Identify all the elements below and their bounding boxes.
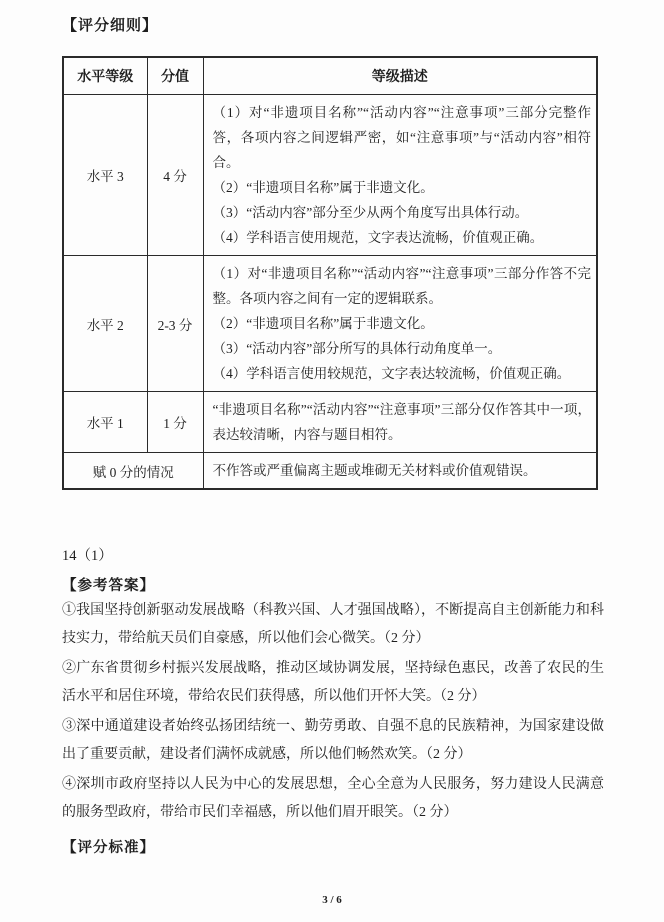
table-row-zero-score: 赋 0 分的情况 不作答或严重偏离主题或堆砌无关材料或价值观错误。 bbox=[63, 453, 597, 490]
table-row-level3: 水平 3 4 分 （1）对“非遗项目名称”“活动内容”“注意事项”三部分完整作答… bbox=[63, 95, 597, 256]
level-cell: 水平 2 bbox=[63, 256, 147, 392]
answer-item-1: ①我国坚持创新驱动发展战略（科教兴国、人才强国战略），不断提高自主创新能力和科技… bbox=[62, 597, 604, 653]
description-item: 不作答或严重偏离主题或堆砌无关材料或价值观错误。 bbox=[213, 458, 592, 483]
col-header-score: 分值 bbox=[147, 57, 203, 95]
level-cell: 水平 1 bbox=[63, 392, 147, 453]
page-number: 3 / 6 bbox=[0, 894, 664, 906]
scoring-standard-title: 【评分标准】 bbox=[62, 836, 604, 857]
table-header-row: 水平等级 分值 等级描述 bbox=[63, 57, 597, 95]
description-item: （3）“活动内容”部分至少从两个角度写出具体行动。 bbox=[213, 200, 592, 225]
description-item: （4）学科语言使用规范，文字表达流畅，价值观正确。 bbox=[213, 225, 592, 250]
answer-item-4: ④深圳市政府坚持以人民为中心的发展思想，全心全意为人民服务，努力建设人民满意的服… bbox=[62, 771, 604, 827]
document-page: 【评分细则】 水平等级 分值 等级描述 水平 3 4 分 （1）对“非遗项目名称… bbox=[0, 0, 664, 922]
answer-item-3: ③深中通道建设者始终弘扬团结统一、勤劳勇敢、自强不息的民族精神，为国家建设做出了… bbox=[62, 713, 604, 769]
table-row-level1: 水平 1 1 分 “非遗项目名称”“活动内容”“注意事项”三部分仅作答其中一项，… bbox=[63, 392, 597, 453]
question-label: 14（1） bbox=[62, 544, 604, 565]
answer-section-title: 【参考答案】 bbox=[62, 574, 604, 595]
level-cell: 赋 0 分的情况 bbox=[63, 453, 203, 490]
score-cell: 1 分 bbox=[147, 392, 203, 453]
score-cell: 2-3 分 bbox=[147, 256, 203, 392]
description-cell: （1）对“非遗项目名称”“活动内容”“注意事项”三部分完整作答，各项内容之间逻辑… bbox=[203, 95, 597, 256]
description-cell: （1）对“非遗项目名称”“活动内容”“注意事项”三部分作答不完整。各项内容之间有… bbox=[203, 256, 597, 392]
rubric-table: 水平等级 分值 等级描述 水平 3 4 分 （1）对“非遗项目名称”“活动内容”… bbox=[62, 56, 598, 490]
level-cell: 水平 3 bbox=[63, 95, 147, 256]
description-cell: “非遗项目名称”“活动内容”“注意事项”三部分仅作答其中一项，表达较清晰，内容与… bbox=[203, 392, 597, 453]
answer-item-2: ②广东省贯彻乡村振兴发展战略，推动区域协调发展，坚持绿色惠民，改善了农民的生活水… bbox=[62, 655, 604, 711]
description-item: （4）学科语言使用较规范，文字表达较流畅，价值观正确。 bbox=[213, 361, 592, 386]
description-item: （2）“非遗项目名称”属于非遗文化。 bbox=[213, 311, 592, 336]
section-title-scoring-details: 【评分细则】 bbox=[62, 14, 604, 35]
table-row-level2: 水平 2 2-3 分 （1）对“非遗项目名称”“活动内容”“注意事项”三部分作答… bbox=[63, 256, 597, 392]
description-item: （3）“活动内容”部分所写的具体行动角度单一。 bbox=[213, 336, 592, 361]
col-header-level: 水平等级 bbox=[63, 57, 147, 95]
description-item: （1）对“非遗项目名称”“活动内容”“注意事项”三部分完整作答，各项内容之间逻辑… bbox=[213, 100, 592, 175]
description-cell: 不作答或严重偏离主题或堆砌无关材料或价值观错误。 bbox=[203, 453, 597, 490]
description-item: “非遗项目名称”“活动内容”“注意事项”三部分仅作答其中一项，表达较清晰，内容与… bbox=[213, 397, 592, 447]
col-header-description: 等级描述 bbox=[203, 57, 597, 95]
score-cell: 4 分 bbox=[147, 95, 203, 256]
description-item: （2）“非遗项目名称”属于非遗文化。 bbox=[213, 175, 592, 200]
description-item: （1）对“非遗项目名称”“活动内容”“注意事项”三部分作答不完整。各项内容之间有… bbox=[213, 261, 592, 311]
